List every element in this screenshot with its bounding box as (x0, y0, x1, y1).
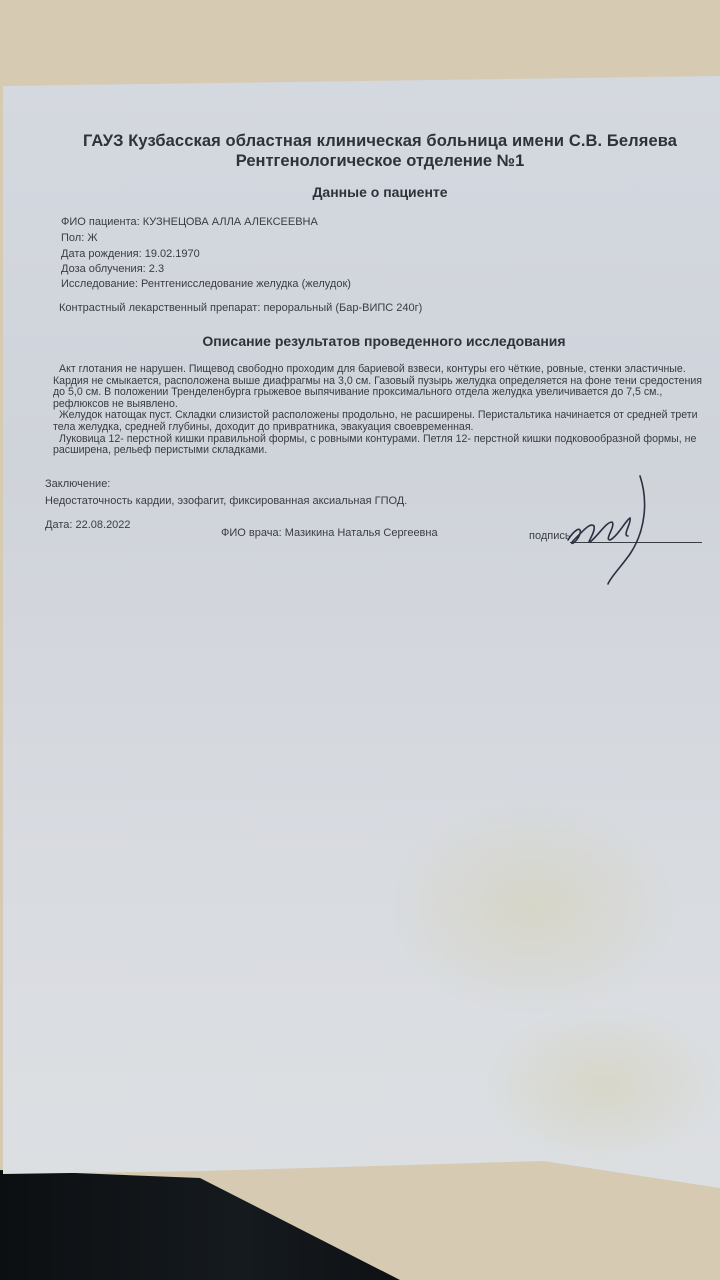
date-value: 22.08.2022 (75, 519, 130, 531)
results-text: Акт глотания не нарушен. Пищевод свободн… (53, 364, 708, 457)
patient-sex: Ж (87, 232, 97, 244)
patient-dob-row: Дата рождения: 19.02.1970 (61, 248, 200, 260)
doctor-label: ФИО врача: (221, 527, 282, 539)
patient-section-title: Данные о пациенте (0, 184, 720, 200)
conclusion-text: Недостаточность кардии, эзофагит, фиксир… (45, 495, 407, 507)
radiation-dose-row: Доза облучения: 2.3 (61, 263, 164, 275)
radiation-dose-label: Доза облучения: (61, 263, 146, 275)
contrast-row: Контрастный лекарственный препарат: перо… (59, 302, 422, 314)
study: Рентгенисследование желудка (желудок) (141, 278, 351, 290)
patient-name-row: ФИО пациента: КУЗНЕЦОВА АЛЛА АЛЕКСЕЕВНА (61, 216, 318, 228)
institution-title: ГАУЗ Кузбасская областная клиническая бо… (0, 132, 720, 151)
study-label: Исследование: (61, 278, 138, 290)
handwritten-signature-icon (560, 470, 670, 590)
doctor-name: ФИО врача: Мазикина Наталья Сергеевна (221, 527, 438, 539)
patient-name: КУЗНЕЦОВА АЛЛА АЛЕКСЕЕВНА (143, 216, 318, 228)
radiation-dose: 2.3 (149, 263, 164, 275)
patient-dob: 19.02.1970 (145, 248, 200, 260)
contrast-value: пероральный (Бар-ВИПС 240г) (263, 302, 422, 314)
patient-dob-label: Дата рождения: (61, 248, 142, 260)
report-date: Дата: 22.08.2022 (45, 519, 131, 531)
results-paragraph: Луковица 12- перстной кишки правильной ф… (53, 434, 708, 457)
patient-sex-row: Пол: Ж (61, 232, 98, 244)
results-title: Описание результатов проведенного исслед… (0, 333, 720, 349)
patient-sex-label: Пол: (61, 232, 84, 244)
patient-name-label: ФИО пациента: (61, 216, 140, 228)
paper-sheet (3, 76, 720, 1188)
results-paragraph: Желудок натощак пуст. Складки слизистой … (53, 410, 708, 433)
results-paragraph: Акт глотания не нарушен. Пищевод свободн… (53, 364, 708, 410)
paper-stain (383, 796, 683, 1016)
paper-stain (483, 1006, 720, 1166)
doctor-value: Мазикина Наталья Сергеевна (285, 527, 438, 539)
conclusion-label: Заключение: (45, 478, 110, 490)
study-row: Исследование: Рентгенисследование желудк… (61, 278, 351, 290)
department-title: Рентгенологическое отделение №1 (0, 152, 720, 171)
date-label: Дата: (45, 519, 72, 531)
contrast-label: Контрастный лекарственный препарат: (59, 302, 260, 314)
